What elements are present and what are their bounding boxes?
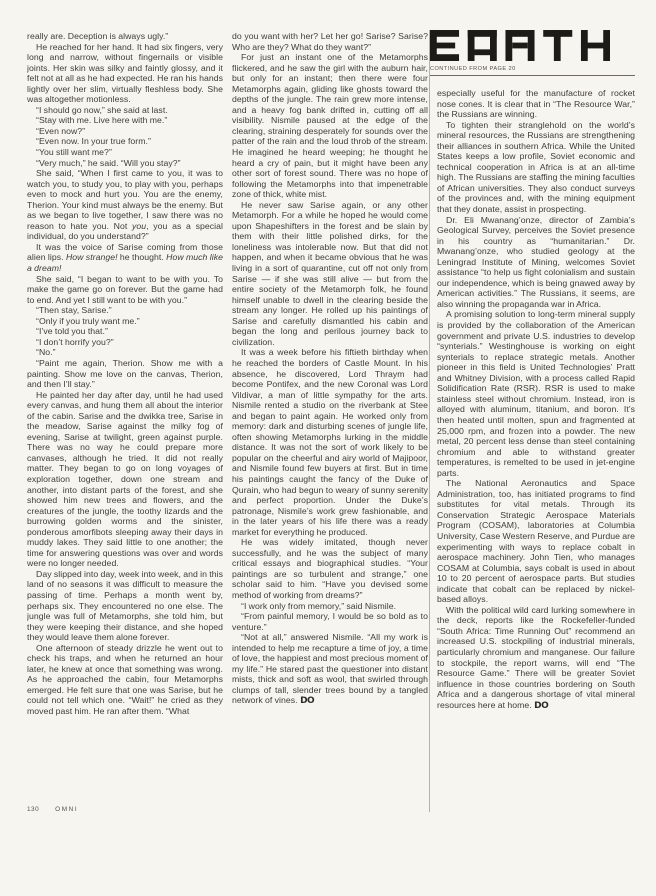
- paragraph: “From painful memory, I would be so bold…: [232, 611, 428, 632]
- text-run: Dr. Eli Mwanang’onze, director of Zambia…: [437, 215, 635, 309]
- text-run: “Even now. In your true form.”: [36, 136, 151, 146]
- text-run: do you want with her? Let her go! Sarise…: [232, 31, 428, 52]
- text-run: “From painful memory, I would be so bold…: [232, 611, 428, 632]
- italic-text-run: you: [132, 221, 146, 231]
- text-run: One afternoon of steady drizzle he went …: [27, 643, 223, 716]
- paragraph: really are. Deception is always ugly.”: [27, 31, 223, 42]
- paragraph: Dr. Eli Mwanang’onze, director of Zambia…: [437, 215, 635, 310]
- text-run: The National Aeronautics and Space Admin…: [437, 478, 635, 604]
- text-run: “Not at all,” answered Nismile. “All my …: [232, 632, 428, 705]
- paragraph: She said, “I began to want to be with yo…: [27, 274, 223, 306]
- paragraph: “No.”: [27, 347, 223, 358]
- text-run: “You still want me?”: [36, 147, 112, 157]
- paragraph: “Then stay, Sarise.”: [27, 305, 223, 316]
- text-run: A promising solution to long-term minera…: [437, 309, 635, 477]
- text-run: “Stay with me. Live here with me.”: [36, 115, 167, 125]
- magazine-page: really are. Deception is always ugly.”He…: [0, 0, 656, 896]
- text-run: She said, “I began to want to be with yo…: [27, 274, 223, 305]
- text-run: For just an instant one of the Metamorph…: [232, 52, 428, 199]
- paragraph: He reached for her hand. It had six fing…: [27, 42, 223, 105]
- text-run: With the political wild card lurking som…: [437, 605, 635, 710]
- magazine-name: OMNI: [55, 806, 78, 813]
- paragraph: He was widely imitated, though never suc…: [232, 537, 428, 600]
- paragraph: do you want with her? Let her go! Sarise…: [232, 31, 428, 52]
- text-run: he thought.: [118, 252, 167, 262]
- text-run: It was a week before his fiftieth birthd…: [232, 347, 428, 536]
- paragraph: “Paint me again, Therion. Show me with a…: [27, 358, 223, 390]
- paragraph: For just an instant one of the Metamorph…: [232, 52, 428, 200]
- paragraph: “Only if you truly want me.”: [27, 316, 223, 327]
- text-run: “I don’t horrify you?”: [36, 337, 114, 347]
- paragraph: It was the voice of Sarise coming from t…: [27, 242, 223, 274]
- paragraph: The National Aeronautics and Space Admin…: [437, 478, 635, 605]
- paragraph: Day slipped into day, week into week, an…: [27, 569, 223, 643]
- text-run: Day slipped into day, week into week, an…: [27, 569, 223, 642]
- paragraph: With the political wild card lurking som…: [437, 605, 635, 711]
- earth-article-column: especially useful for the manufacture of…: [437, 88, 635, 810]
- page-number: 130: [27, 806, 39, 813]
- text-run: “Very much,” he said. “Will you stay?”: [36, 158, 181, 168]
- paragraph: He painted her day after day, until he h…: [27, 390, 223, 569]
- paragraph: To tighten their stranglehold on the wor…: [437, 120, 635, 215]
- text-run: To tighten their stranglehold on the wor…: [437, 120, 635, 214]
- paragraph: “Very much,” he said. “Will you stay?”: [27, 158, 223, 169]
- text-run: “I should go now,” she said at last.: [36, 105, 168, 115]
- text-run: He was widely imitated, though never suc…: [232, 537, 428, 600]
- paragraph: “I should go now,” she said at last.: [27, 105, 223, 116]
- paragraph: “I work only from memory,” said Nismile.: [232, 601, 428, 612]
- story-column-left: really are. Deception is always ugly.”He…: [27, 31, 223, 807]
- end-of-article-mark: DO: [532, 701, 549, 711]
- text-run: “Then stay, Sarise.”: [36, 305, 112, 315]
- page-footer: 130OMNI: [27, 806, 78, 813]
- column-divider-rule: [429, 30, 430, 812]
- continued-from-line: CONTINUED FROM PAGE 20: [430, 66, 635, 72]
- earth-section-header: EARTH CONTINUED FROM PAGE 20: [430, 30, 635, 76]
- text-run: “I work only from memory,” said Nismile.: [241, 601, 396, 611]
- text-run: especially useful for the manufacture of…: [437, 88, 635, 119]
- paragraph: “Even now?”: [27, 126, 223, 137]
- italic-text-run: How strange!: [66, 252, 118, 262]
- earth-logo-text: EARTH: [430, 61, 431, 62]
- paragraph: A promising solution to long-term minera…: [437, 309, 635, 478]
- end-of-article-mark: DO: [298, 696, 315, 706]
- paragraph: “Even now. In your true form.”: [27, 136, 223, 147]
- paragraph: “Not at all,” answered Nismile. “All my …: [232, 632, 428, 707]
- paragraph: especially useful for the manufacture of…: [437, 88, 635, 120]
- paragraph: “Stay with me. Live here with me.”: [27, 115, 223, 126]
- paragraph: She said, “When I first came to you, it …: [27, 168, 223, 242]
- text-run: “Even now?”: [36, 126, 85, 136]
- text-run: “Only if you truly want me.”: [36, 316, 140, 326]
- paragraph: He never saw Sarise again, or any other …: [232, 200, 428, 348]
- header-rule: [430, 75, 635, 76]
- paragraph: “You still want me?”: [27, 147, 223, 158]
- text-run: He painted her day after day, until he h…: [27, 390, 223, 569]
- text-run: He reached for her hand. It had six fing…: [27, 42, 223, 105]
- text-run: “No.”: [36, 347, 56, 357]
- text-run: really are. Deception is always ugly.”: [27, 31, 168, 41]
- paragraph: “I don’t horrify you?”: [27, 337, 223, 348]
- text-run: He never saw Sarise again, or any other …: [232, 200, 428, 347]
- story-column-middle: do you want with her? Let her go! Sarise…: [232, 31, 428, 807]
- paragraph: “I’ve told you that.”: [27, 326, 223, 337]
- paragraph: One afternoon of steady drizzle he went …: [27, 643, 223, 717]
- text-run: “I’ve told you that.”: [36, 326, 108, 336]
- text-run: “Paint me again, Therion. Show me with a…: [27, 358, 223, 389]
- paragraph: It was a week before his fiftieth birthd…: [232, 347, 428, 537]
- earth-logo: [430, 30, 610, 61]
